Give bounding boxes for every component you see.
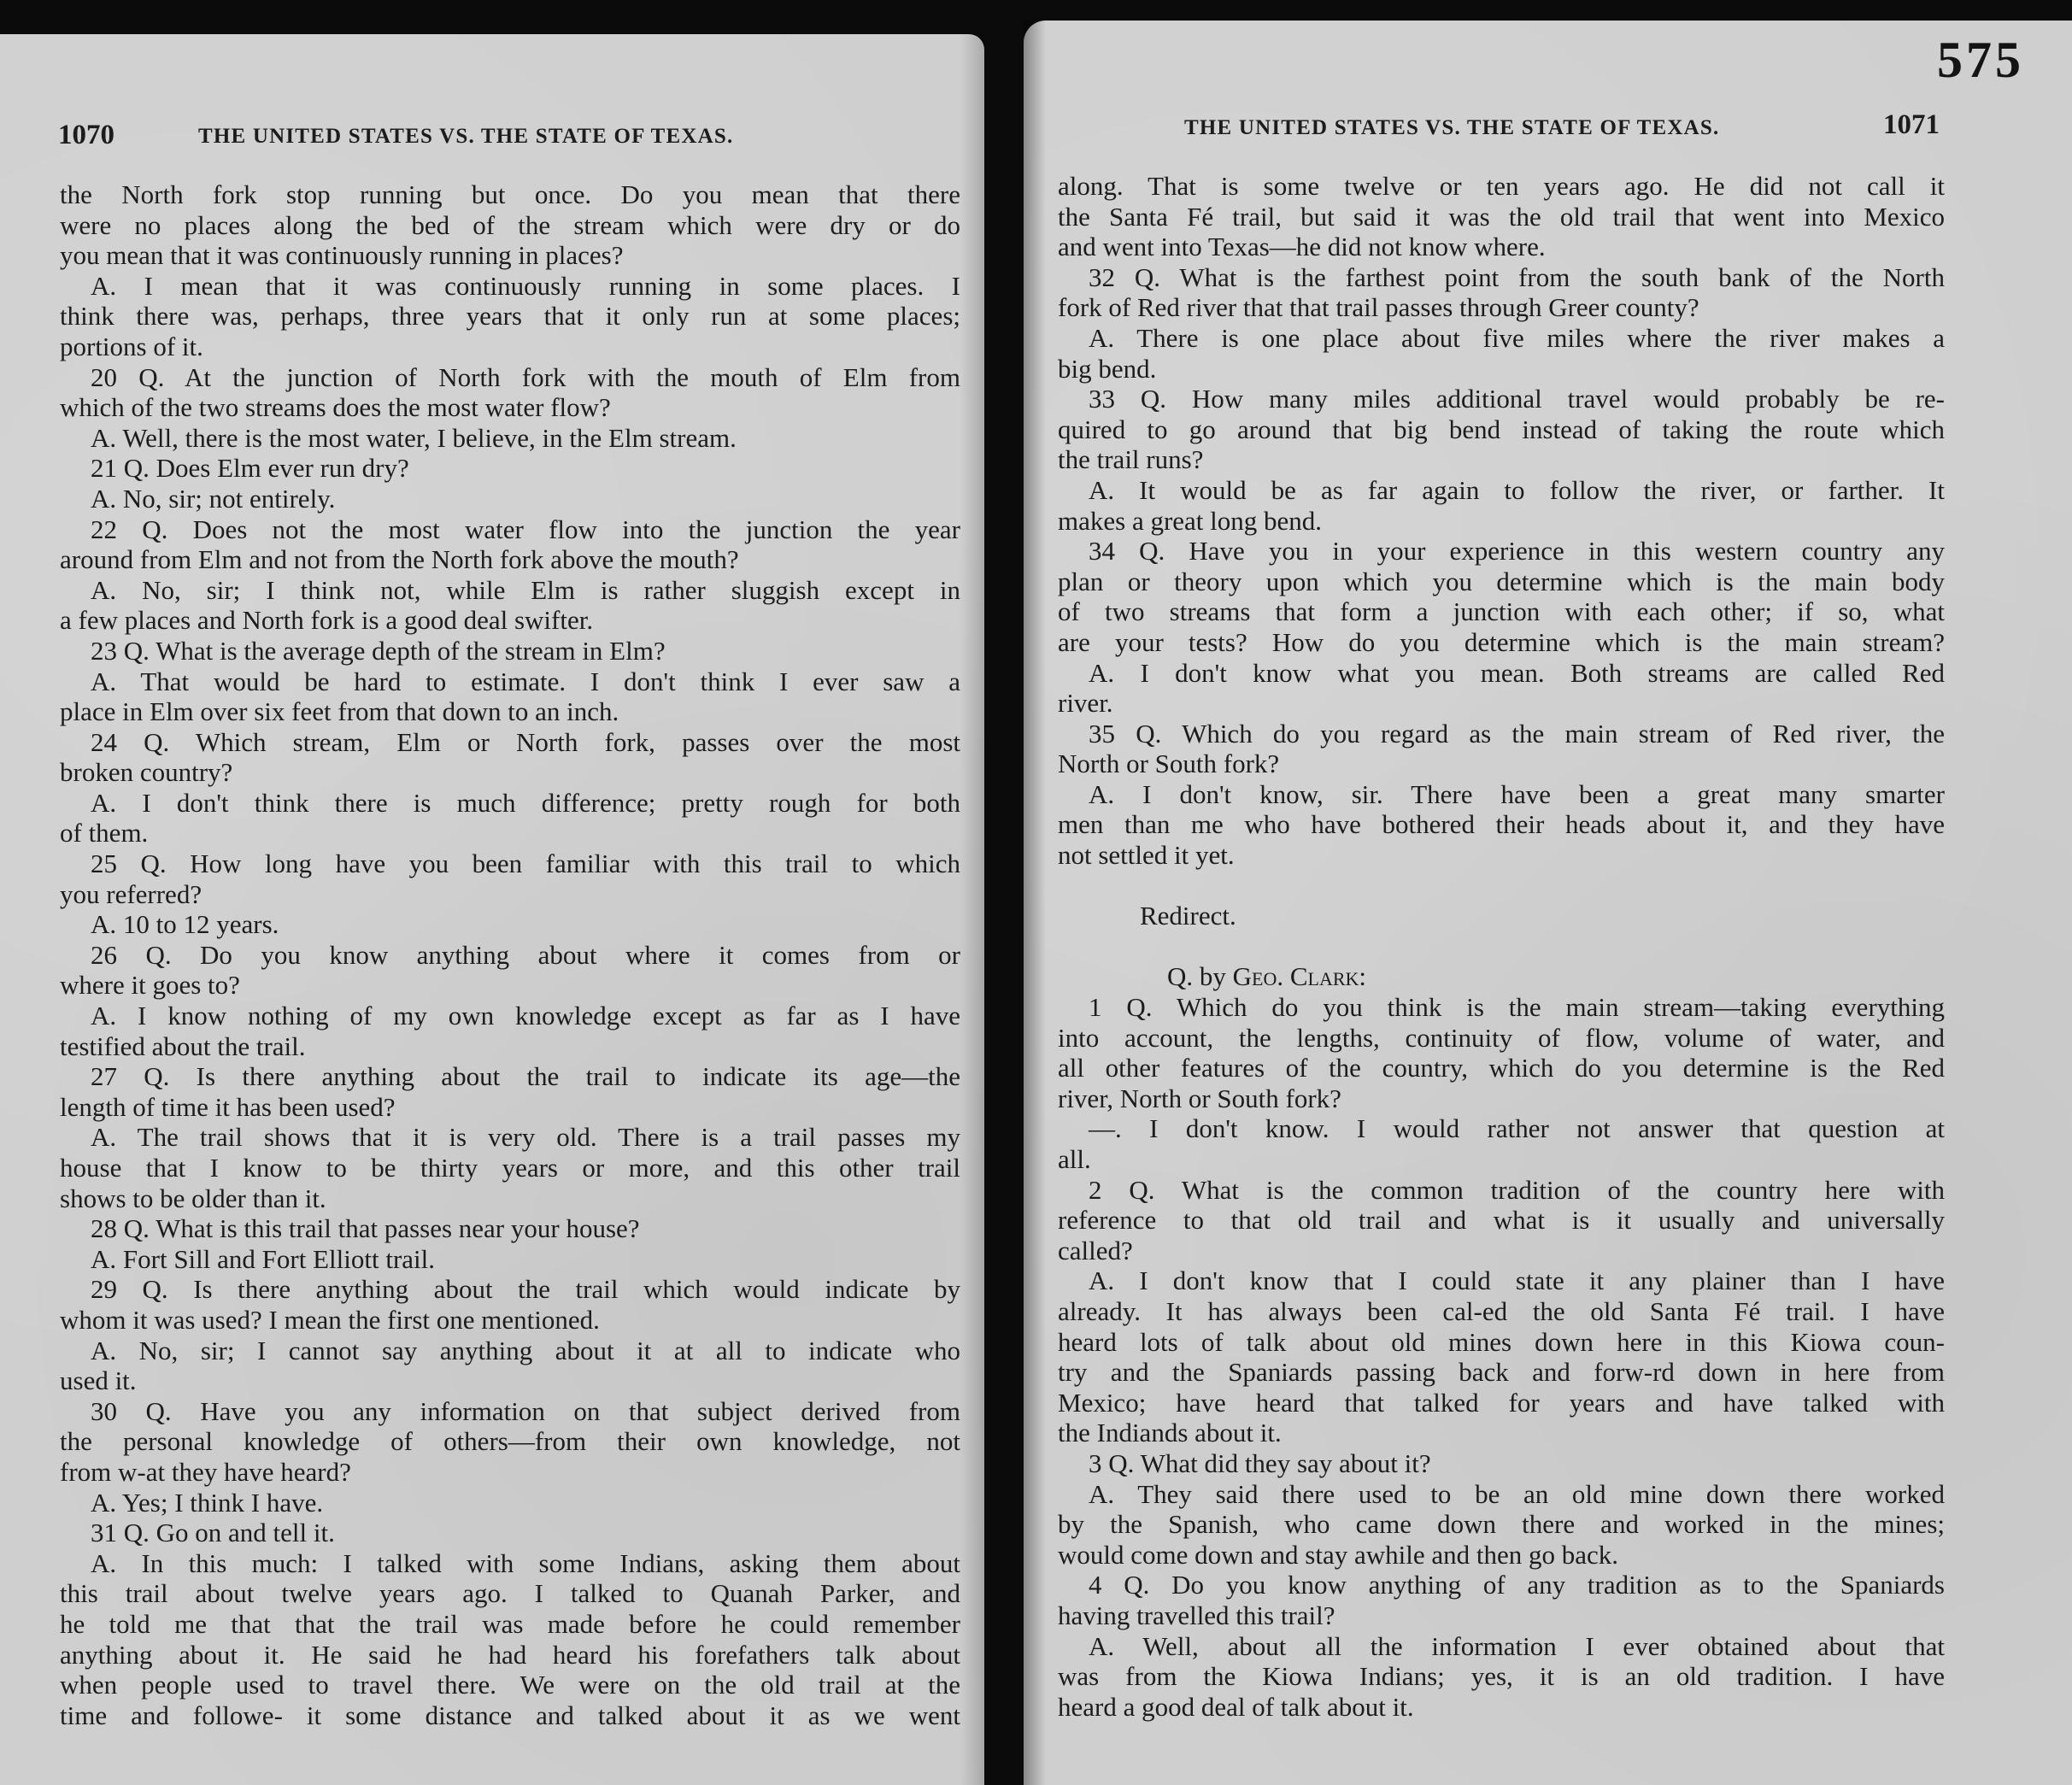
text-line: men than me who have bothered their head… (1058, 809, 1945, 840)
text-line: 30 Q. Have you any information on that s… (60, 1396, 960, 1427)
text-line: fork of Red river that that trail passes… (1058, 292, 1945, 323)
section-heading-redirect: Redirect. (1058, 901, 1945, 931)
text-line: you referred? (60, 879, 960, 910)
text-line: A. There is one place about five miles w… (1058, 323, 1945, 354)
text-line: A. No, sir; I cannot say anything about … (60, 1336, 960, 1366)
text-line: Mexico; have heard that talked for years… (1058, 1388, 1945, 1418)
text-line: portions of it. (60, 332, 960, 362)
text-line: 2 Q. What is the common tradition of the… (1058, 1175, 1945, 1206)
text-line: not settled it yet. (1058, 840, 1945, 871)
right-page: 575 THE UNITED STATES VS. THE STATE OF T… (1024, 21, 2072, 1785)
right-page-body: along. That is some twelve or ten years … (1058, 171, 1945, 1722)
text-line: think there was, perhaps, three years th… (60, 301, 960, 332)
text-line: 3 Q. What did they say about it? (1058, 1448, 1945, 1479)
text-line: the Santa Fé trail, but said it was the … (1058, 202, 1945, 232)
text-line: along. That is some twelve or ten years … (1058, 171, 1945, 202)
text-line: by the Spanish, who came down there and … (1058, 1509, 1945, 1540)
text-line: 24 Q. Which stream, Elm or North fork, p… (60, 727, 960, 758)
redirect-examination: 1 Q. Which do you think is the main stre… (1058, 992, 1945, 1722)
text-line: A. Well, there is the most water, I beli… (60, 423, 960, 454)
text-line: big bend. (1058, 354, 1945, 385)
text-line: A. Fort Sill and Fort Elliott trail. (60, 1244, 960, 1275)
text-line: A. I mean that it was continuously runni… (60, 271, 960, 302)
page-number-left: 1070 (58, 120, 114, 151)
running-head-right: THE UNITED STATES VS. THE STATE OF TEXAS… (1184, 116, 1719, 140)
text-line: which of the two streams does the most w… (60, 392, 960, 423)
text-line: A. The trail shows that it is very old. … (60, 1122, 960, 1153)
examiner-suffix: : (1359, 961, 1366, 991)
text-line: a few places and North fork is a good de… (60, 605, 960, 636)
text-line: 1 Q. Which do you think is the main stre… (1058, 992, 1945, 1023)
text-line: heard lots of talk about old mines down … (1058, 1327, 1945, 1358)
text-line: and went into Texas—he did not know wher… (1058, 232, 1945, 262)
text-line: the personal knowledge of others—from th… (60, 1426, 960, 1457)
text-line: try and the Spaniards passing back and f… (1058, 1357, 1945, 1388)
text-line: would come down and stay awhile and then… (1058, 1540, 1945, 1571)
text-line: North or South fork? (1058, 749, 1945, 779)
text-line: was from the Kiowa Indians; yes, it is a… (1058, 1661, 1945, 1692)
text-line: are your tests? How do you determine whi… (1058, 627, 1945, 658)
text-line: A. 10 to 12 years. (60, 909, 960, 940)
text-line: the North fork stop running but once. Do… (60, 179, 960, 210)
text-line: A. I don't think there is much differenc… (60, 788, 960, 819)
text-line: having travelled this trail? (1058, 1600, 1945, 1631)
text-line: where it goes to? (60, 970, 960, 1001)
text-line: around from Elm and not from the North f… (60, 544, 960, 575)
text-line: 32 Q. What is the farthest point from th… (1058, 262, 1945, 293)
cross-examination-continued: along. That is some twelve or ten years … (1058, 171, 1945, 871)
text-line: he told me that that the trail was made … (60, 1609, 960, 1640)
text-line: A. Well, about all the information I eve… (1058, 1631, 1945, 1662)
text-line: A. That would be hard to estimate. I don… (60, 666, 960, 697)
text-line: A. I don't know what you mean. Both stre… (1058, 658, 1945, 689)
text-line: 29 Q. Is there anything about the trail … (60, 1274, 960, 1305)
text-line: A. Yes; I think I have. (60, 1488, 960, 1518)
text-line: river. (1058, 688, 1945, 719)
text-line: quired to go around that big bend instea… (1058, 414, 1945, 445)
text-line: 33 Q. How many miles additional travel w… (1058, 384, 1945, 414)
text-line: 20 Q. At the junction of North fork with… (60, 362, 960, 393)
text-line: A. I don't know, sir. There have been a … (1058, 779, 1945, 810)
text-line: testified about the trail. (60, 1031, 960, 1062)
text-line: of two streams that form a junction with… (1058, 596, 1945, 627)
examiner-prefix: Q. by (1167, 961, 1233, 991)
text-line: you mean that it was continuously runnin… (60, 240, 960, 271)
text-line: from w-at they have heard? (60, 1457, 960, 1488)
text-line: 21 Q. Does Elm ever run dry? (60, 453, 960, 484)
text-line: length of time it has been used? (60, 1092, 960, 1123)
text-line: time and followe- it some distance and t… (60, 1700, 960, 1731)
text-line: 26 Q. Do you know anything about where i… (60, 940, 960, 971)
text-line: anything about it. He said he had heard … (60, 1640, 960, 1671)
text-line: shows to be older than it. (60, 1183, 960, 1214)
text-line: 35 Q. Which do you regard as the main st… (1058, 719, 1945, 749)
text-line: used it. (60, 1365, 960, 1396)
text-line: A. No, sir; I think not, while Elm is ra… (60, 575, 960, 606)
text-line: A. I don't know that I could state it an… (1058, 1265, 1945, 1296)
text-line: house that I know to be thirty years or … (60, 1153, 960, 1183)
text-line: A. It would be as far again to follow th… (1058, 475, 1945, 506)
text-line: reference to that old trail and what is … (1058, 1205, 1945, 1236)
text-line: when people used to travel there. We wer… (60, 1670, 960, 1700)
text-line: 28 Q. What is this trail that passes nea… (60, 1213, 960, 1244)
examiner-line: Q. by Geo. Clark: (1058, 961, 1945, 992)
text-line: —. I don't know. I would rather not answ… (1058, 1113, 1945, 1144)
text-line: 25 Q. How long have you been familiar wi… (60, 848, 960, 879)
text-line: called? (1058, 1236, 1945, 1266)
text-line: the trail runs? (1058, 444, 1945, 475)
text-line: A. In this much: I talked with some Indi… (60, 1548, 960, 1579)
text-line: broken country? (60, 757, 960, 788)
text-line: were no places along the bed of the stre… (60, 210, 960, 241)
text-line: whom it was used? I mean the first one m… (60, 1305, 960, 1336)
text-line: into account, the lengths, continuity of… (1058, 1023, 1945, 1054)
text-line: plan or theory upon which you determine … (1058, 567, 1945, 597)
text-line: river, North or South fork? (1058, 1083, 1945, 1114)
stamp-page-number: 575 (1937, 31, 2024, 90)
text-line: heard a good deal of talk about it. (1058, 1692, 1945, 1723)
text-line: 23 Q. What is the average depth of the s… (60, 636, 960, 666)
text-line: A. I know nothing of my own knowledge ex… (60, 1001, 960, 1031)
text-line: 4 Q. Do you know anything of any traditi… (1058, 1570, 1945, 1600)
running-head-left: THE UNITED STATES VS. THE STATE OF TEXAS… (198, 125, 733, 149)
left-page: 1070 THE UNITED STATES VS. THE STATE OF … (0, 34, 984, 1785)
text-line: A. They said there used to be an old min… (1058, 1479, 1945, 1510)
text-line: 27 Q. Is there anything about the trail … (60, 1061, 960, 1092)
text-line: all other features of the country, which… (1058, 1053, 1945, 1083)
text-line: 31 Q. Go on and tell it. (60, 1518, 960, 1548)
text-line: 34 Q. Have you in your experience in thi… (1058, 536, 1945, 567)
text-line: the Indiands about it. (1058, 1418, 1945, 1448)
page-number-right: 1071 (1883, 109, 1940, 141)
text-line: this trail about twelve years ago. I tal… (60, 1578, 960, 1609)
left-page-body: the North fork stop running but once. Do… (60, 179, 960, 1730)
text-line: all. (1058, 1144, 1945, 1175)
text-line: of them. (60, 818, 960, 848)
examiner-name: Geo. Clark (1233, 961, 1359, 991)
text-line: already. It has always been cal-ed the o… (1058, 1296, 1945, 1327)
text-line: makes a great long bend. (1058, 506, 1945, 537)
text-line: place in Elm over six feet from that dow… (60, 696, 960, 727)
text-line: A. No, sir; not entirely. (60, 484, 960, 514)
text-line: 22 Q. Does not the most water flow into … (60, 514, 960, 545)
